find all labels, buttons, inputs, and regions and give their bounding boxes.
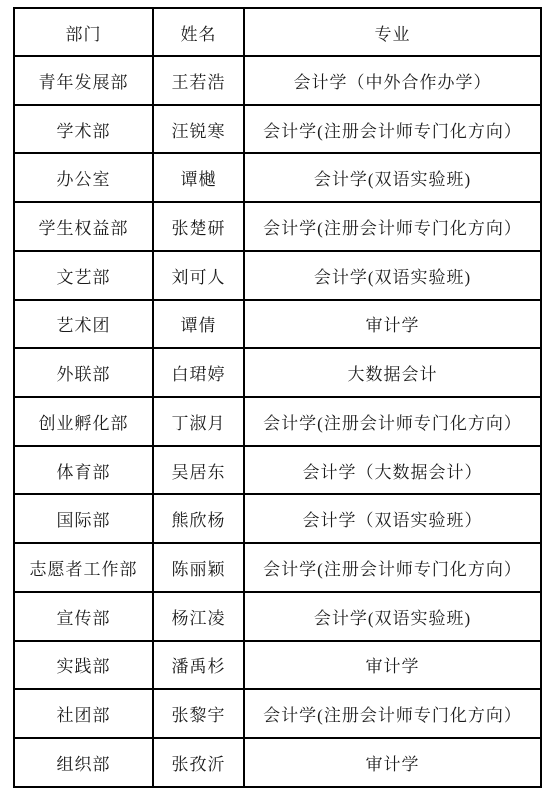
table-row: 青年发展部 王若浩 会计学（中外合作办学） [14, 56, 541, 105]
document-page: 部门 姓名 专业 青年发展部 王若浩 会计学（中外合作办学） 学术部 汪锐寒 会… [0, 0, 554, 802]
department-cell: 学术部 [14, 105, 153, 154]
department-cell: 宣传部 [14, 592, 153, 641]
table-row: 组织部 张孜沂 审计学 [14, 738, 541, 787]
name-cell: 陈丽颖 [153, 543, 244, 592]
table-row: 艺术团 谭倩 审计学 [14, 300, 541, 349]
table-row: 学术部 汪锐寒 会计学(注册会计师专门化方向） [14, 105, 541, 154]
name-cell: 汪锐寒 [153, 105, 244, 154]
table-body: 青年发展部 王若浩 会计学（中外合作办学） 学术部 汪锐寒 会计学(注册会计师专… [14, 56, 541, 787]
table-row: 办公室 谭樾 会计学(双语实验班) [14, 153, 541, 202]
table-row: 国际部 熊欣杨 会计学（双语实验班） [14, 494, 541, 543]
table-row: 社团部 张黎宇 会计学(注册会计师专门化方向） [14, 689, 541, 738]
major-cell: 会计学(注册会计师专门化方向） [244, 202, 541, 251]
header-row: 部门 姓名 专业 [14, 8, 541, 56]
major-cell: 会计学(注册会计师专门化方向） [244, 543, 541, 592]
major-cell: 审计学 [244, 641, 541, 690]
department-cell: 体育部 [14, 446, 153, 495]
department-cell: 外联部 [14, 348, 153, 397]
major-cell: 会计学(注册会计师专门化方向） [244, 105, 541, 154]
department-cell: 实践部 [14, 641, 153, 690]
major-cell: 会计学(双语实验班) [244, 153, 541, 202]
roster-table: 部门 姓名 专业 青年发展部 王若浩 会计学（中外合作办学） 学术部 汪锐寒 会… [13, 7, 542, 788]
table-row: 志愿者工作部 陈丽颖 会计学(注册会计师专门化方向） [14, 543, 541, 592]
department-cell: 国际部 [14, 494, 153, 543]
table-row: 文艺部 刘可人 会计学(双语实验班) [14, 251, 541, 300]
name-cell: 谭倩 [153, 300, 244, 349]
table-row: 外联部 白珺婷 大数据会计 [14, 348, 541, 397]
department-cell: 创业孵化部 [14, 397, 153, 446]
name-cell: 张孜沂 [153, 738, 244, 787]
major-cell: 审计学 [244, 738, 541, 787]
name-cell: 丁淑月 [153, 397, 244, 446]
major-cell: 会计学(双语实验班) [244, 251, 541, 300]
major-cell: 会计学(注册会计师专门化方向） [244, 689, 541, 738]
department-cell: 社团部 [14, 689, 153, 738]
department-cell: 文艺部 [14, 251, 153, 300]
department-cell: 学生权益部 [14, 202, 153, 251]
major-cell: 大数据会计 [244, 348, 541, 397]
table-row: 学生权益部 张楚研 会计学(注册会计师专门化方向） [14, 202, 541, 251]
name-cell: 熊欣杨 [153, 494, 244, 543]
major-cell: 会计学（大数据会计） [244, 446, 541, 495]
header-cell-major: 专业 [244, 8, 541, 56]
table-row: 宣传部 杨江凌 会计学(双语实验班) [14, 592, 541, 641]
header-cell-name: 姓名 [153, 8, 244, 56]
name-cell: 杨江凌 [153, 592, 244, 641]
department-cell: 组织部 [14, 738, 153, 787]
name-cell: 白珺婷 [153, 348, 244, 397]
name-cell: 吴居东 [153, 446, 244, 495]
table-row: 实践部 潘禹杉 审计学 [14, 641, 541, 690]
name-cell: 张楚研 [153, 202, 244, 251]
name-cell: 刘可人 [153, 251, 244, 300]
header-cell-department: 部门 [14, 8, 153, 56]
name-cell: 王若浩 [153, 56, 244, 105]
major-cell: 会计学（双语实验班） [244, 494, 541, 543]
name-cell: 潘禹杉 [153, 641, 244, 690]
name-cell: 谭樾 [153, 153, 244, 202]
department-cell: 艺术团 [14, 300, 153, 349]
name-cell: 张黎宇 [153, 689, 244, 738]
roster-table-header: 部门 姓名 专业 [14, 8, 541, 56]
major-cell: 会计学（中外合作办学） [244, 56, 541, 105]
department-cell: 办公室 [14, 153, 153, 202]
table-row: 创业孵化部 丁淑月 会计学(注册会计师专门化方向） [14, 397, 541, 446]
department-cell: 志愿者工作部 [14, 543, 153, 592]
major-cell: 审计学 [244, 300, 541, 349]
major-cell: 会计学(注册会计师专门化方向） [244, 397, 541, 446]
table-row: 体育部 吴居东 会计学（大数据会计） [14, 446, 541, 495]
major-cell: 会计学(双语实验班) [244, 592, 541, 641]
department-cell: 青年发展部 [14, 56, 153, 105]
